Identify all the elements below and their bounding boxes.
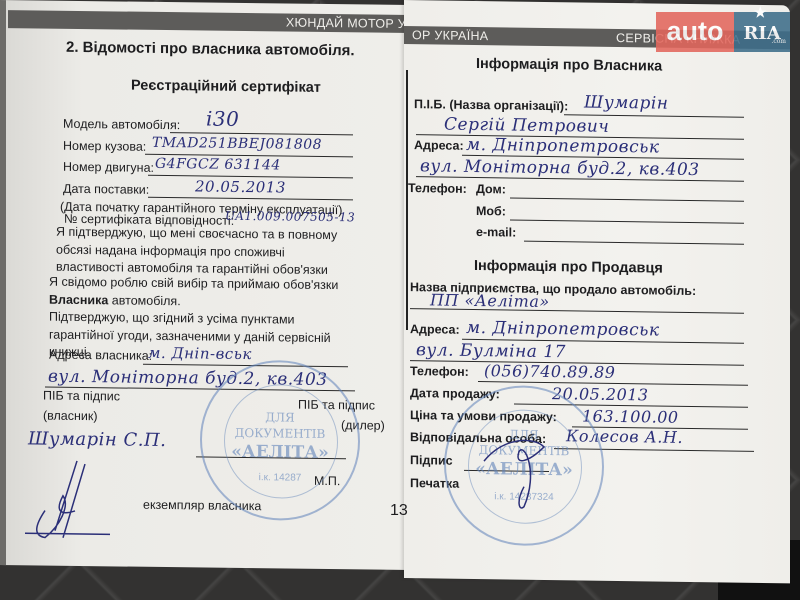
engine-number-label: Номер двигуна: (63, 160, 154, 175)
seller-phone-label: Телефон: (410, 364, 469, 379)
engine-number-value: G4FGCZ 631144 (155, 156, 281, 174)
seller-company-value: ПП «Аеліта» (430, 290, 550, 311)
owner-name-value-2: Сергій Петрович (444, 115, 609, 137)
choice-text: Я свідомо роблю свій вибір та приймаю об… (49, 275, 338, 293)
delivery-date-label: Дата поставки: (63, 182, 149, 197)
confirmation-paragraph: Я підтверджую, що мені своєчасно та в по… (56, 224, 346, 280)
owner-signature-scribble (15, 455, 125, 546)
dealer-stamp-left: ДЛЯ ДОКУМЕНТІВ «АЕЛІТА» і.к. 14287 (200, 359, 360, 521)
model-label: Модель автомобіля: (63, 117, 180, 132)
delivery-date-value: 20.05.2013 (195, 177, 286, 196)
price-value: 163.100.00 (582, 406, 679, 426)
seller-address-value-2: вул. Булміна 17 (416, 340, 566, 362)
section-title: 2. Відомості про власника автомобіля. (66, 39, 355, 60)
owner-bold-word: Власника (49, 292, 108, 307)
watermark-auto: auto (656, 12, 734, 52)
certificate-subtitle: Реєстраційний сертифікат (131, 78, 321, 96)
watermark-ria: ★ RIA .com (734, 12, 790, 52)
right-page: ОР УКРАЇНА СЕРВІСНА КНИЖКА Інформація пр… (404, 0, 790, 583)
star-icon: ★ (754, 6, 767, 20)
home-phone-field (510, 197, 744, 201)
choice-text-end: автомобіля. (108, 293, 180, 308)
page-spine-edge (0, 0, 6, 565)
stamp-text-top: ДЛЯ (202, 409, 358, 425)
stamp-text-middle: ДОКУМЕНТІВ (202, 425, 358, 441)
owner-address-line1: м. Дніп-вськ (148, 344, 252, 363)
model-value: i30 (206, 107, 239, 131)
seller-address-value-1: м. Дніпропетровськ (466, 318, 660, 341)
left-page: ХЮНДАЙ МОТОР У 2. Відомості про власника… (0, 0, 410, 570)
owner-name-value-1: Шумарін (584, 93, 669, 114)
owner-address-label-right: Адреса: (414, 138, 464, 153)
owner-signature-text: Шумарін С.П. (28, 428, 166, 451)
choice-paragraph: Я свідомо роблю свій вибір та приймаю об… (49, 274, 349, 313)
delivery-date-underline (148, 197, 353, 201)
email-field (524, 241, 744, 245)
owner-info-title: Інформація про Власника (476, 56, 662, 75)
body-number-value: TMAD251BBEJ081808 (152, 135, 322, 153)
seller-address-label: Адреса: (410, 322, 460, 337)
home-phone-label: Дом: (476, 182, 506, 196)
phone-label: Телефон: (408, 181, 467, 196)
mobile-phone-field (510, 219, 744, 223)
owner-address-label: Адреса власника: (49, 348, 152, 363)
autoria-watermark: auto ★ RIA .com (656, 12, 790, 52)
owner-name-label: П.І.Б. (Назва організації): (414, 97, 568, 113)
owner-role-label: (власник) (43, 409, 98, 424)
watermark-suffix: .com (771, 20, 786, 64)
seller-info-title: Інформація про Продавця (474, 258, 663, 277)
owner-signature-label: ПІБ та підпис (43, 389, 120, 404)
left-header-bar: ХЮНДАЙ МОТОР У (8, 10, 410, 33)
body-number-label: Номер кузова: (63, 139, 146, 154)
stamp-text-name: «АЕЛІТА» (202, 441, 358, 463)
seller-signature-scribble (474, 431, 564, 512)
email-label: e-mail: (476, 225, 516, 240)
stamp-text-code: і.к. 14287 (202, 471, 358, 484)
header-left-text: ОР УКРАЇНА (412, 28, 488, 43)
page-number: 13 (390, 502, 408, 520)
seller-phone-value: (056)740.89.89 (484, 361, 615, 382)
owner-address-value-1: м. Дніпропетровськ (466, 135, 660, 158)
mobile-phone-label: Моб: (476, 204, 506, 218)
conformity-cert-value: UA1.009.007505-13 (225, 209, 355, 225)
page-margin-rule (406, 70, 408, 330)
owner-address-value-2: вул. Моніторна буд.2, кв.403 (420, 156, 700, 180)
